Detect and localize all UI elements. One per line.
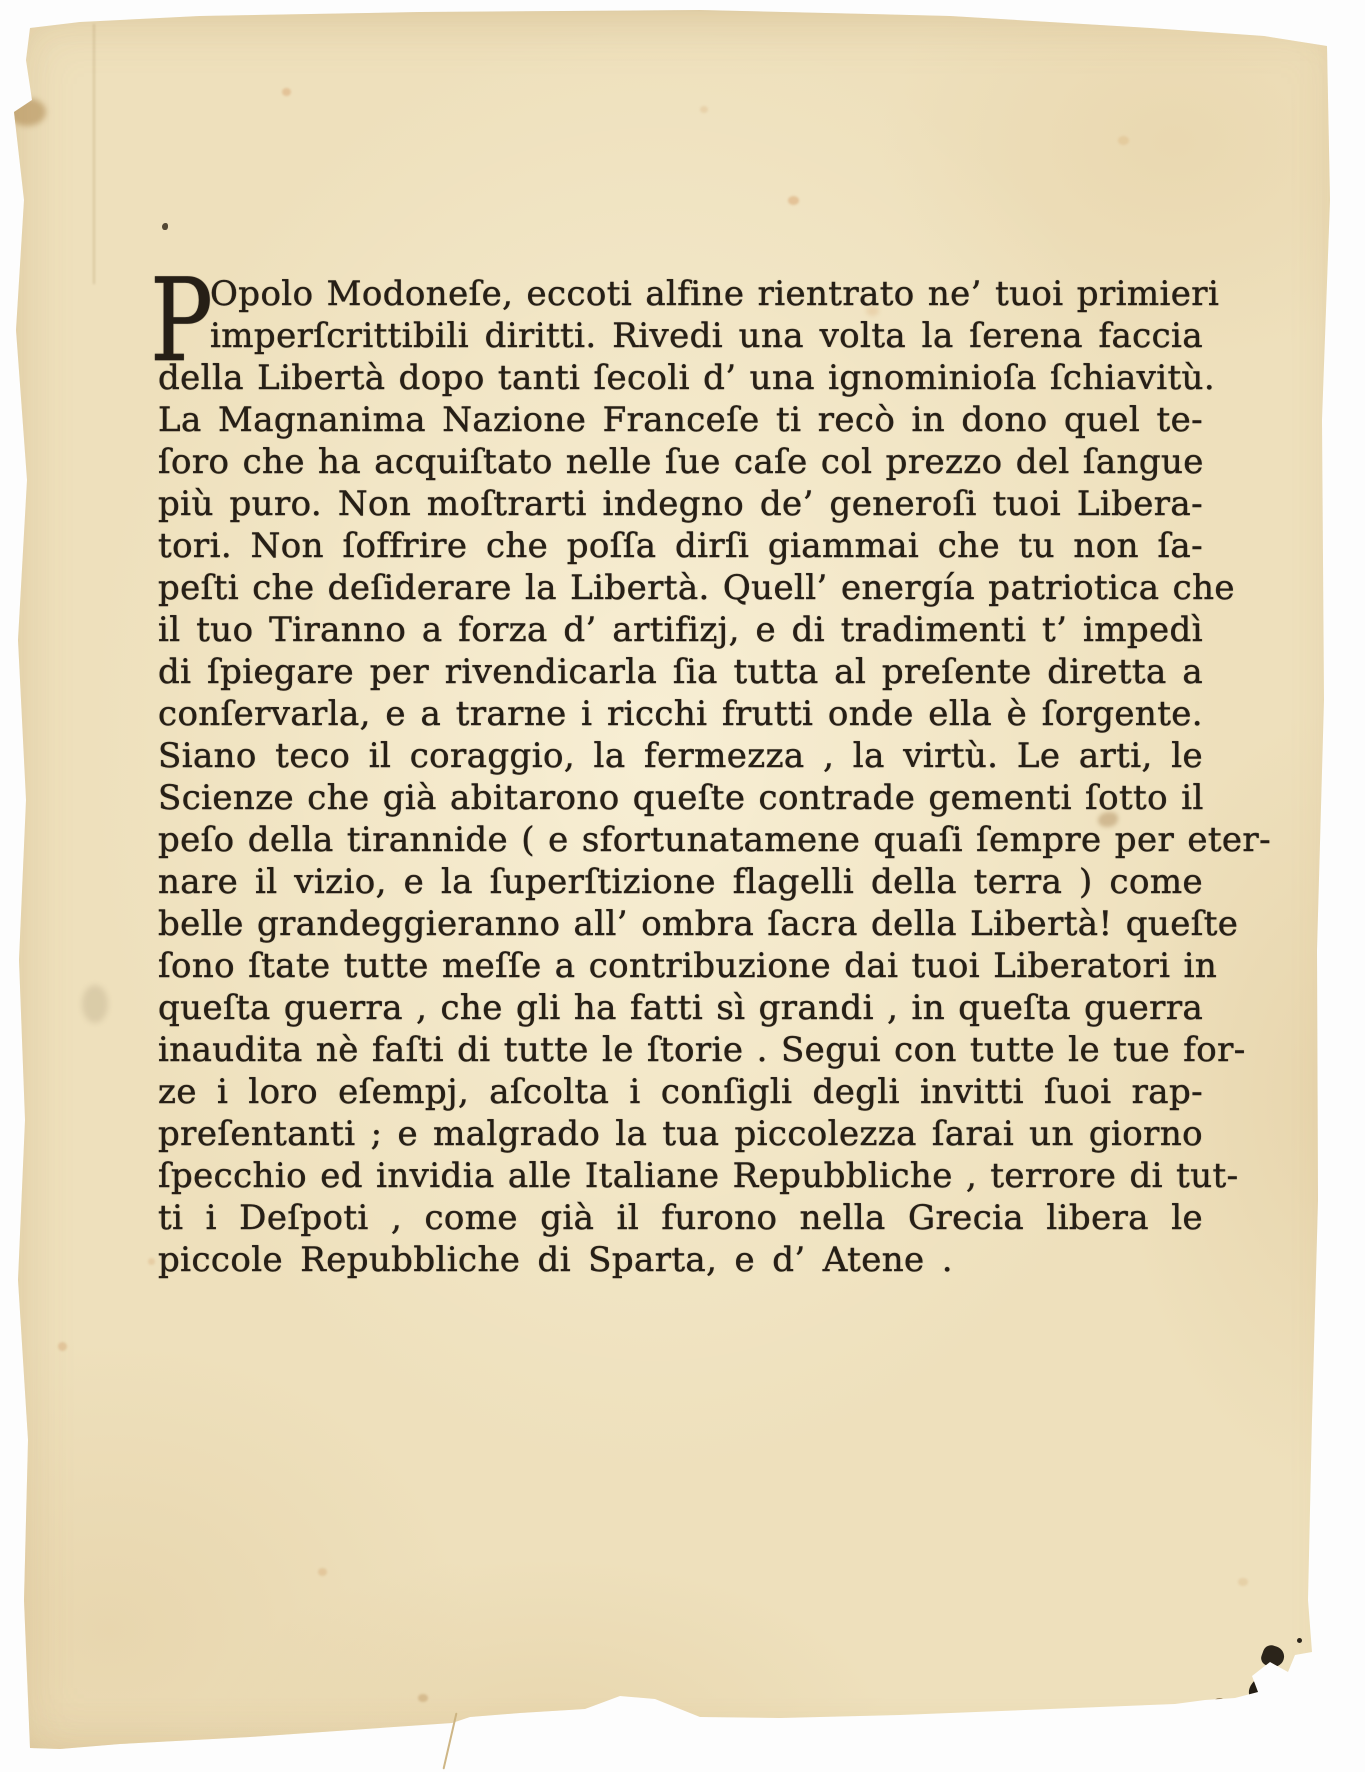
paper-fold-line — [93, 24, 95, 284]
ink-blot — [1259, 1643, 1287, 1670]
text-line: piccole Repubbliche di Sparta, e d’ Aten… — [158, 1239, 1203, 1281]
paper-crease — [1258, 29, 1331, 45]
edge-stain — [8, 98, 46, 126]
text-line: peſti che deſiderare la Libertà. Quell’ … — [158, 567, 1203, 609]
ink-blot — [1244, 1666, 1297, 1710]
text-line: La Magnanima Nazione Franceſe ti recò in… — [158, 399, 1203, 441]
text-line: nare il vizio, e la ſuperſtizione flagel… — [158, 861, 1203, 903]
text-line: di ſpiegare per rivendicarla ſia tutta a… — [158, 651, 1203, 693]
scan-background: P Opolo Modoneſe, eccoti alfine rientrat… — [0, 0, 1365, 1772]
text-line: Siano teco il coraggio, la fermezza , la… — [158, 735, 1203, 777]
paper-sheet: P Opolo Modoneſe, eccoti alfine rientrat… — [0, 0, 1365, 1772]
text-line: ſpecchio ed invidia alle Italiane Repubb… — [158, 1155, 1203, 1197]
foxing-stain — [1238, 1578, 1248, 1586]
body-text: P Opolo Modoneſe, eccoti alfine rientrat… — [158, 273, 1203, 1281]
ink-blot — [1214, 1698, 1225, 1706]
foxing-stain — [700, 106, 708, 113]
ink-blot — [1297, 1638, 1302, 1643]
text-line: belle grandeggieranno all’ ombra ſacra d… — [158, 903, 1203, 945]
text-line: ſoro che ha acquiſtato nelle ſue caſe co… — [158, 441, 1203, 483]
text-line: inaudita nè faſti di tutte le ſtorie . S… — [158, 1029, 1203, 1071]
foxing-stain — [318, 1568, 327, 1576]
text-line: Scienze che già abitarono queſte contrad… — [158, 777, 1203, 819]
text-line: imperſcrittibili diritti. Rivedi una vol… — [158, 315, 1203, 357]
text-line: ze i loro eſempj, aſcolta i conſigli deg… — [158, 1071, 1203, 1113]
foxing-stain — [418, 1694, 428, 1702]
text-line: il tuo Tiranno a forza d’ artifizj, e di… — [158, 609, 1203, 651]
scanned-broadside-page: { "doc": { "drop_cap": "P", "lines": [ "… — [0, 0, 1365, 1772]
ink-speck — [162, 223, 168, 230]
text-line: preſentanti ; e malgrado la tua piccolez… — [158, 1113, 1203, 1155]
foxing-stain — [1118, 136, 1129, 145]
drop-cap-initial: P — [150, 279, 213, 363]
foxing-stain — [58, 1342, 67, 1351]
text-line: della Libertà dopo tanti ſecoli d’ una i… — [158, 357, 1203, 399]
margin-smudge — [82, 985, 108, 1023]
text-line: conſervarla, e a trarne i ricchi frutti … — [158, 693, 1203, 735]
text-line: Opolo Modoneſe, eccoti alfine rientrato … — [158, 273, 1203, 315]
text-line: tori. Non ſoffrire che poſſa dirſi giamm… — [158, 525, 1203, 567]
foxing-stain — [148, 1258, 155, 1265]
text-line: ti i Deſpoti , come già il furono nella … — [158, 1197, 1203, 1239]
foxing-stain — [282, 88, 291, 96]
text-line: peſo della tirannide ( e sfortunatamene … — [158, 819, 1203, 861]
foxing-stain — [788, 196, 799, 205]
text-line: ſono ſtate tutte meſſe a contribuzione d… — [158, 945, 1203, 987]
text-line: più puro. Non moſtrarti indegno de’ gene… — [158, 483, 1203, 525]
text-line: queſta guerra , che gli ha fatti sì gran… — [158, 987, 1203, 1029]
